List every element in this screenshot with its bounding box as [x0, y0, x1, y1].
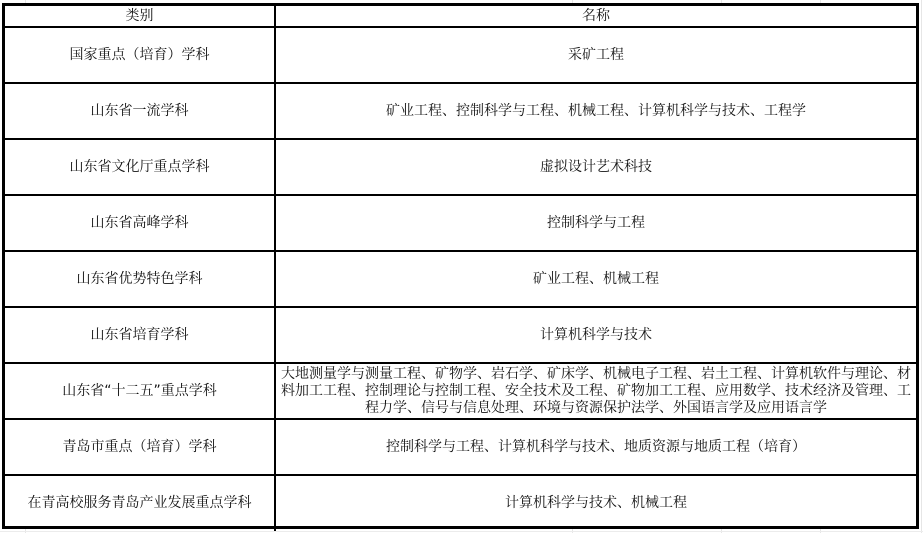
cell-category[interactable]: 山东省优势特色学科	[5, 251, 275, 307]
table-row: 山东省一流学科 矿业工程、控制科学与工程、机械工程、计算机科学与技术、工程学	[5, 83, 916, 139]
cell-category[interactable]: 山东省高峰学科	[5, 195, 275, 251]
table-row: 山东省优势特色学科 矿业工程、机械工程	[5, 251, 916, 307]
cell-name[interactable]: 矿业工程、控制科学与工程、机械工程、计算机科学与技术、工程学	[275, 83, 916, 139]
table-row: 山东省培育学科 计算机科学与技术	[5, 307, 916, 363]
table-row: 山东省高峰学科 控制科学与工程	[5, 195, 916, 251]
header-name: 名称	[275, 6, 916, 27]
table-row: 山东省文化厅重点学科 虚拟设计艺术科技	[5, 139, 916, 195]
cell-category[interactable]: 山东省培育学科	[5, 307, 275, 363]
table-row: 国家重点（培育）学科 采矿工程	[5, 27, 916, 83]
header-category: 类别	[5, 6, 275, 27]
sheet-gridline	[921, 0, 922, 533]
table-row: 青岛市重点（培育）学科 控制科学与工程、计算机科学与技术、地质资源与地质工程（培…	[5, 419, 916, 475]
cell-category[interactable]: 国家重点（培育）学科	[5, 27, 275, 83]
cell-category[interactable]: 在青高校服务青岛产业发展重点学科	[5, 475, 275, 531]
cell-category[interactable]: 山东省一流学科	[5, 83, 275, 139]
table-row: 在青高校服务青岛产业发展重点学科 计算机科学与技术、机械工程	[5, 475, 916, 531]
discipline-table: 类别 名称 国家重点（培育）学科 采矿工程 山东省一流学科 矿业工程、控制科学与…	[5, 6, 916, 531]
cell-name[interactable]: 采矿工程	[275, 27, 916, 83]
cell-name[interactable]: 虚拟设计艺术科技	[275, 139, 916, 195]
cell-name[interactable]: 大地测量学与测量工程、矿物学、岩石学、矿床学、机械电子工程、岩土工程、计算机软件…	[275, 363, 916, 419]
cell-category[interactable]: 山东省“十二五”重点学科	[5, 363, 275, 419]
cell-name[interactable]: 计算机科学与技术、机械工程	[275, 475, 916, 531]
cell-name[interactable]: 计算机科学与技术	[275, 307, 916, 363]
cell-category[interactable]: 山东省文化厅重点学科	[5, 139, 275, 195]
cell-name[interactable]: 矿业工程、机械工程	[275, 251, 916, 307]
cell-category[interactable]: 青岛市重点（培育）学科	[5, 419, 275, 475]
table-row: 山东省“十二五”重点学科 大地测量学与测量工程、矿物学、岩石学、矿床学、机械电子…	[5, 363, 916, 419]
cell-name[interactable]: 控制科学与工程	[275, 195, 916, 251]
cell-name[interactable]: 控制科学与工程、计算机科学与技术、地质资源与地质工程（培育）	[275, 419, 916, 475]
discipline-table-container: 类别 名称 国家重点（培育）学科 采矿工程 山东省一流学科 矿业工程、控制科学与…	[2, 3, 919, 529]
table-header-row: 类别 名称	[5, 6, 916, 27]
sheet-gridline	[0, 531, 923, 532]
